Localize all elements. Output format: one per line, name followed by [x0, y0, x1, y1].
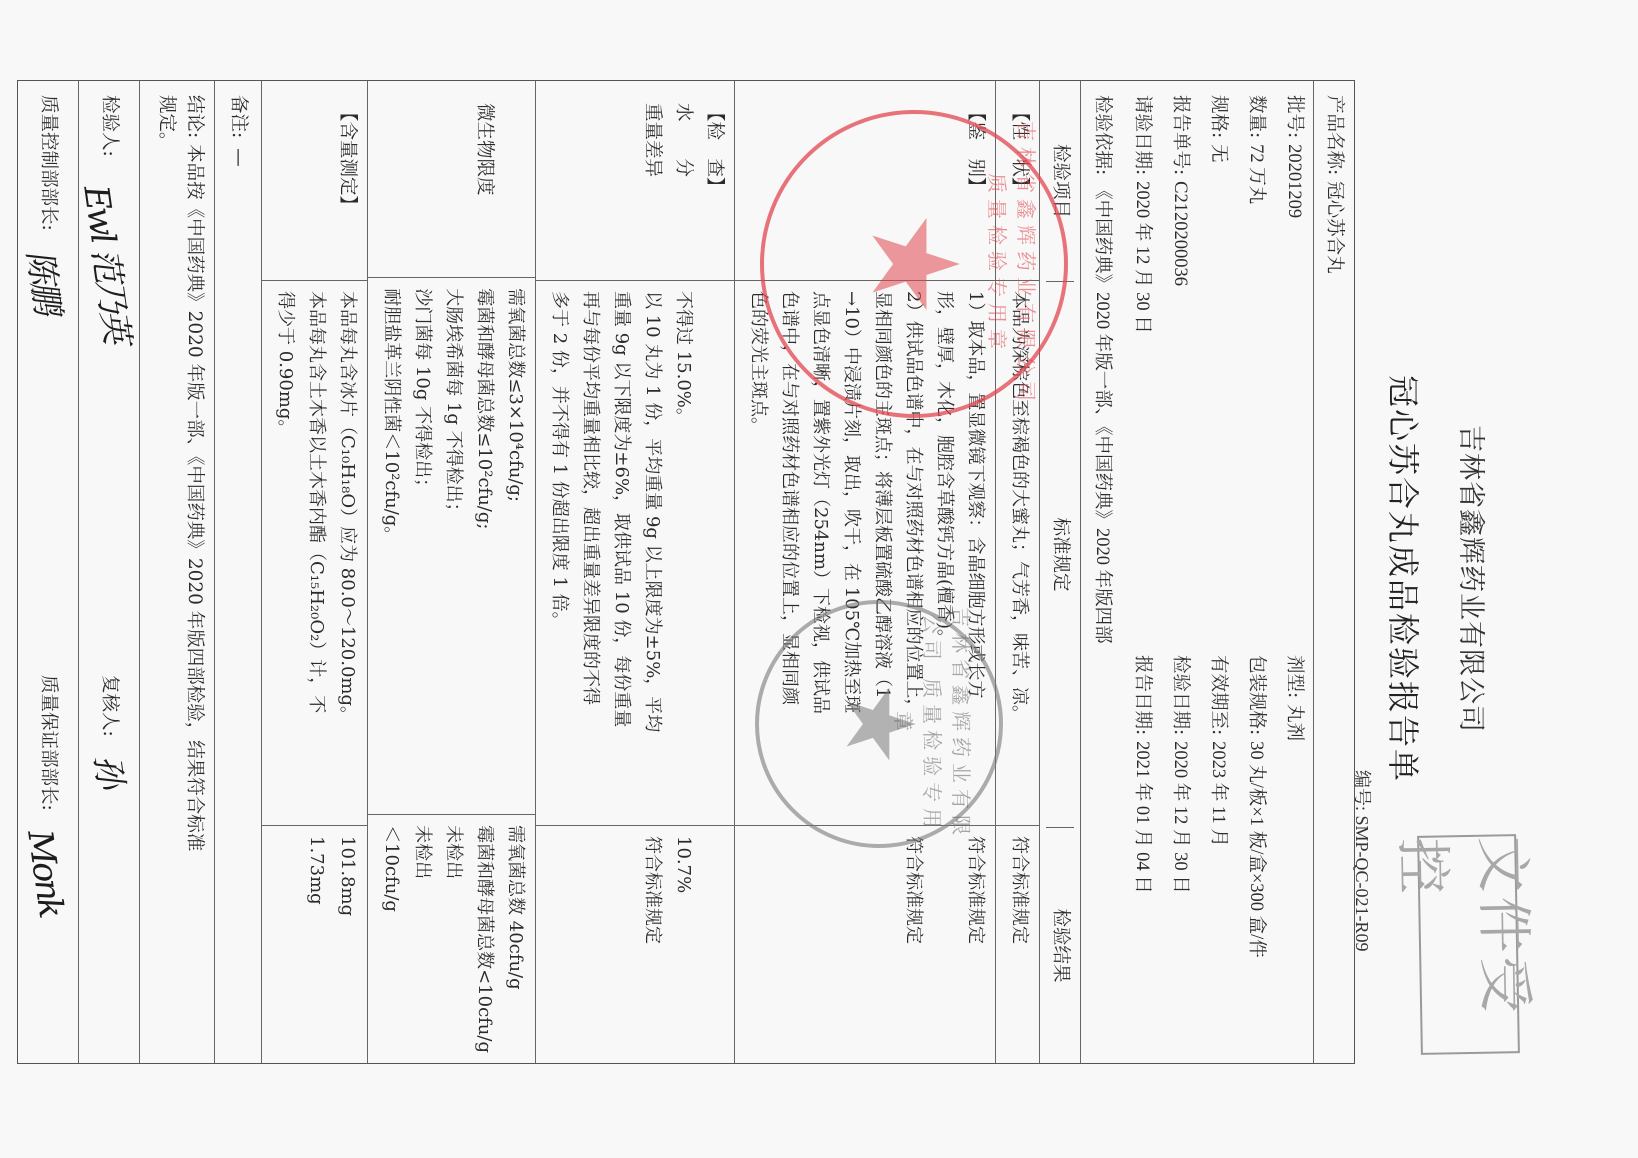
packing-spec-label: 包装规格: — [1246, 655, 1267, 735]
conclusion-text: 本品按《中国药典》2020 年版一部、《中国药典》2020 年版四部检验，结果符… — [184, 144, 205, 851]
standard-text: 耐胆盐革兰阴性菌＜10²cfu/g。 — [374, 288, 405, 804]
product-name-label: 产品名称: — [1324, 95, 1345, 175]
result-text: 霉菌和酵母菌总数<10cfu/g — [467, 825, 498, 1053]
info-row-quantity: 数量: 72 万丸 包装规格: 30 丸/板×1 板/盒×300 盒/件 — [1237, 81, 1275, 1063]
valid-until-value: 2023 年 11 月 — [1208, 741, 1228, 847]
reviewer-label: 复核人: — [99, 675, 120, 737]
report-date-label: 报告日期: — [1132, 655, 1153, 735]
standard-text: 1）取本品，置显微镜下观察：含晶细胞方形或长方 — [958, 291, 989, 815]
remarks-label: 备注: — [224, 95, 252, 138]
report-date-value: 2021 年 01 月 04 日 — [1132, 741, 1152, 894]
item-label: 重量差异 — [635, 103, 666, 280]
packing-spec-value: 30 丸/板×1 板/盒×300 盒/件 — [1246, 741, 1266, 958]
item-label: 微生物限度 — [467, 103, 498, 277]
standard-text: 色的荧光主斑点。 — [741, 291, 772, 815]
header-result: 检验结果 — [1046, 828, 1074, 1063]
conclusion-label: 结论: — [184, 95, 205, 138]
table-row-assay: 【含量测定】 本品每丸含冰片（C₁₀H₁₈O）应为 80.0～120.0mg。 … — [261, 81, 367, 1063]
result-text: 符合标准规定 — [1002, 836, 1033, 1053]
standard-text: 本品为深棕色至棕褐色的大蜜丸；气芳香，味苦、凉。 — [1002, 291, 1033, 815]
info-row-spec: 规格: 无 有效期至: 2023 年 11 月 — [1199, 81, 1237, 1063]
qa-head-label: 质量保证部部长: — [38, 675, 59, 811]
standard-text: 显相同颜色的主斑点；将薄层板置硫酸乙醇溶液（1 — [865, 291, 896, 815]
standard-text: 形，壁厚，木化，胞腔含草酸钙方晶(檀香)。 — [927, 291, 958, 815]
standard-text: 沙门菌每 10g 不得检出； — [405, 288, 436, 804]
standard-text: 点显色清晰，置紫外光灯（254nm）下检视，供试品 — [803, 291, 834, 815]
result-text: 未检出 — [405, 825, 436, 1053]
document-code-value: SMP-QC-021-R09 — [1352, 816, 1372, 952]
inspection-report-table: 产品名称: 冠心苏合丸 批号: 20201209 剂型: 丸剂 数量: 72 万… — [17, 80, 1355, 1064]
report-sheet: 吉林省鑫辉药业有限公司 冠心苏合丸成品检验报告单 文件受控 编号: SMP-QC… — [0, 0, 1638, 1158]
qc-head-label: 质量控制部部长: — [38, 95, 59, 231]
result-text: 1.73mg — [299, 836, 330, 1053]
inspection-date-label: 检验日期: — [1170, 655, 1191, 735]
table-row-characteristics: 【性 状】 本品为深棕色至棕褐色的大蜜丸；气芳香，味苦、凉。 符合标准规定 — [995, 81, 1039, 1063]
quantity-value: 72 万丸 — [1246, 144, 1266, 204]
standard-text: 本品每丸含土木香以土木香内酯（C₁₅H₂₀O₂）计，不 — [299, 291, 330, 815]
remarks-row: 备注: — — [214, 81, 261, 1063]
standard-text — [697, 291, 728, 815]
table-row-microbial-limit: 微生物限度 需氧菌总数≤3×10⁴cfu/g; 霉菌和酵母菌总数≤10²cfu/… — [367, 81, 535, 1063]
result-text: 10.7% — [666, 836, 697, 1053]
item-label: 【性 状】 — [1002, 103, 1033, 280]
info-row-report-no: 报告单号: C2120200036 检验日期: 2020 年 12 月 30 日 — [1161, 81, 1199, 1063]
request-date-label: 请验日期: — [1132, 95, 1153, 175]
standard-text: 重量 9g 以下限度为±6%，取供试品 10 份，每份重量 — [604, 291, 635, 815]
table-row-inspection: 【检 查】 水 分 重量差异 不得过 15.0%。 以 10 丸为 1 份，平均… — [535, 81, 734, 1063]
standard-text: 不得过 15.0%。 — [666, 291, 697, 815]
standard-text: 霉菌和酵母菌总数≤10²cfu/g; — [467, 288, 498, 804]
result-text: 符合标准规定 — [896, 836, 927, 1053]
info-row-request-date: 请验日期: 2020 年 12 月 30 日 报告日期: 2021 年 01 月… — [1123, 81, 1161, 1063]
inspector-signature: Ewl 范乃英 — [69, 182, 141, 344]
standard-text: 2）供试品色谱中，在与对照药材色谱相应的位置上， — [896, 291, 927, 815]
item-label: 【检 查】 — [697, 103, 728, 280]
batch-no-value: 20201209 — [1284, 144, 1304, 218]
result-text: 符合标准规定 — [635, 836, 666, 1053]
conclusion-row: 结论: 本品按《中国药典》2020 年版一部、《中国药典》2020 年版四部检验… — [139, 81, 214, 1063]
standard-text: →10）中浸渍片刻，取出，吹干，在 105℃加热至斑 — [834, 291, 865, 815]
report-no-label: 报告单号: — [1170, 95, 1191, 175]
inspection-date-value: 2020 年 12 月 30 日 — [1170, 741, 1190, 894]
qa-head-signature: Monk — [13, 827, 75, 919]
remarks-value: — — [224, 148, 252, 167]
quantity-label: 数量: — [1246, 95, 1267, 138]
item-label: 【含量测定】 — [330, 103, 361, 280]
conclusion-text-continued: 规定。 — [153, 95, 181, 151]
standard-text: 再与每份平均重量相比较，超出重量差异限度的不得 — [573, 291, 604, 815]
result-text: 需氧菌总数 40cfu/g — [498, 825, 529, 1053]
specification-value: 无 — [1208, 144, 1228, 163]
basis-value: 《中国药典》2020 年版一部、《中国药典》2020 年版四部 — [1092, 181, 1112, 644]
dosage-form-label: 剂型: — [1284, 655, 1305, 698]
header-item: 检验项目 — [1046, 81, 1074, 282]
signature-row-inspector: 检验人: Ewl 范乃英 复核人: 孙 — [78, 81, 139, 1063]
valid-until-label: 有效期至: — [1208, 655, 1229, 735]
reviewer-signature: 孙 — [80, 752, 135, 790]
result-text: ＜10cfu/g — [374, 825, 405, 1053]
item-label: 【鉴 别】 — [958, 103, 989, 280]
result-text: 101.8mg — [330, 836, 361, 1053]
standard-text: 得少于 0.90mg。 — [268, 291, 299, 815]
product-name-value: 冠心苏合丸 — [1324, 181, 1344, 274]
table-header: 检验项目 标准规定 检验结果 — [1039, 81, 1080, 1063]
info-row-basis: 检验依据: 《中国药典》2020 年版一部、《中国药典》2020 年版四部 — [1080, 81, 1123, 1063]
standard-text: 多于 2 份，并不得有 1 份超出限度 1 倍。 — [542, 291, 573, 815]
basis-label: 检验依据: — [1092, 95, 1113, 175]
controlled-document-stamp: 文件受控 — [1417, 834, 1520, 1055]
dosage-form-value: 丸剂 — [1284, 704, 1304, 741]
standard-text: 色谱中，在与对照药材色谱相应的位置上，显相同颜 — [772, 291, 803, 815]
item-label: 水 分 — [666, 103, 697, 280]
result-text — [927, 836, 958, 1053]
standard-text: 本品每丸含冰片（C₁₀H₁₈O）应为 80.0～120.0mg。 — [330, 291, 361, 815]
table-row-identification: 【鉴 别】 1）取本品，置显微镜下观察：含晶细胞方形或长方 形，壁厚，木化，胞腔… — [734, 81, 995, 1063]
info-row-batch: 批号: 20201209 剂型: 丸剂 — [1275, 81, 1313, 1063]
result-text: 符合标准规定 — [958, 836, 989, 1053]
qc-head-signature: 陈鹏 — [13, 247, 72, 315]
standard-text: 以 10 丸为 1 份，平均重量 9g 以上限度为±5%，平均 — [635, 291, 666, 815]
request-date-value: 2020 年 12 月 30 日 — [1132, 181, 1152, 334]
specification-label: 规格: — [1208, 95, 1229, 138]
document-code-label: 编号: — [1352, 770, 1372, 811]
report-no-value: C2120200036 — [1170, 181, 1190, 286]
info-row-product: 产品名称: 冠心苏合丸 — [1313, 81, 1354, 1063]
standard-text: 需氧菌总数≤3×10⁴cfu/g; — [498, 288, 529, 804]
batch-no-label: 批号: — [1284, 95, 1305, 138]
result-text: 未检出 — [436, 825, 467, 1053]
header-standard: 标准规定 — [1046, 282, 1074, 828]
standard-text: 大肠埃希菌每 1g 不得检出； — [436, 288, 467, 804]
inspector-label: 检验人: — [99, 95, 120, 157]
signature-row-heads: 质量控制部部长: 陈鹏 质量保证部部长: Monk — [18, 81, 78, 1063]
